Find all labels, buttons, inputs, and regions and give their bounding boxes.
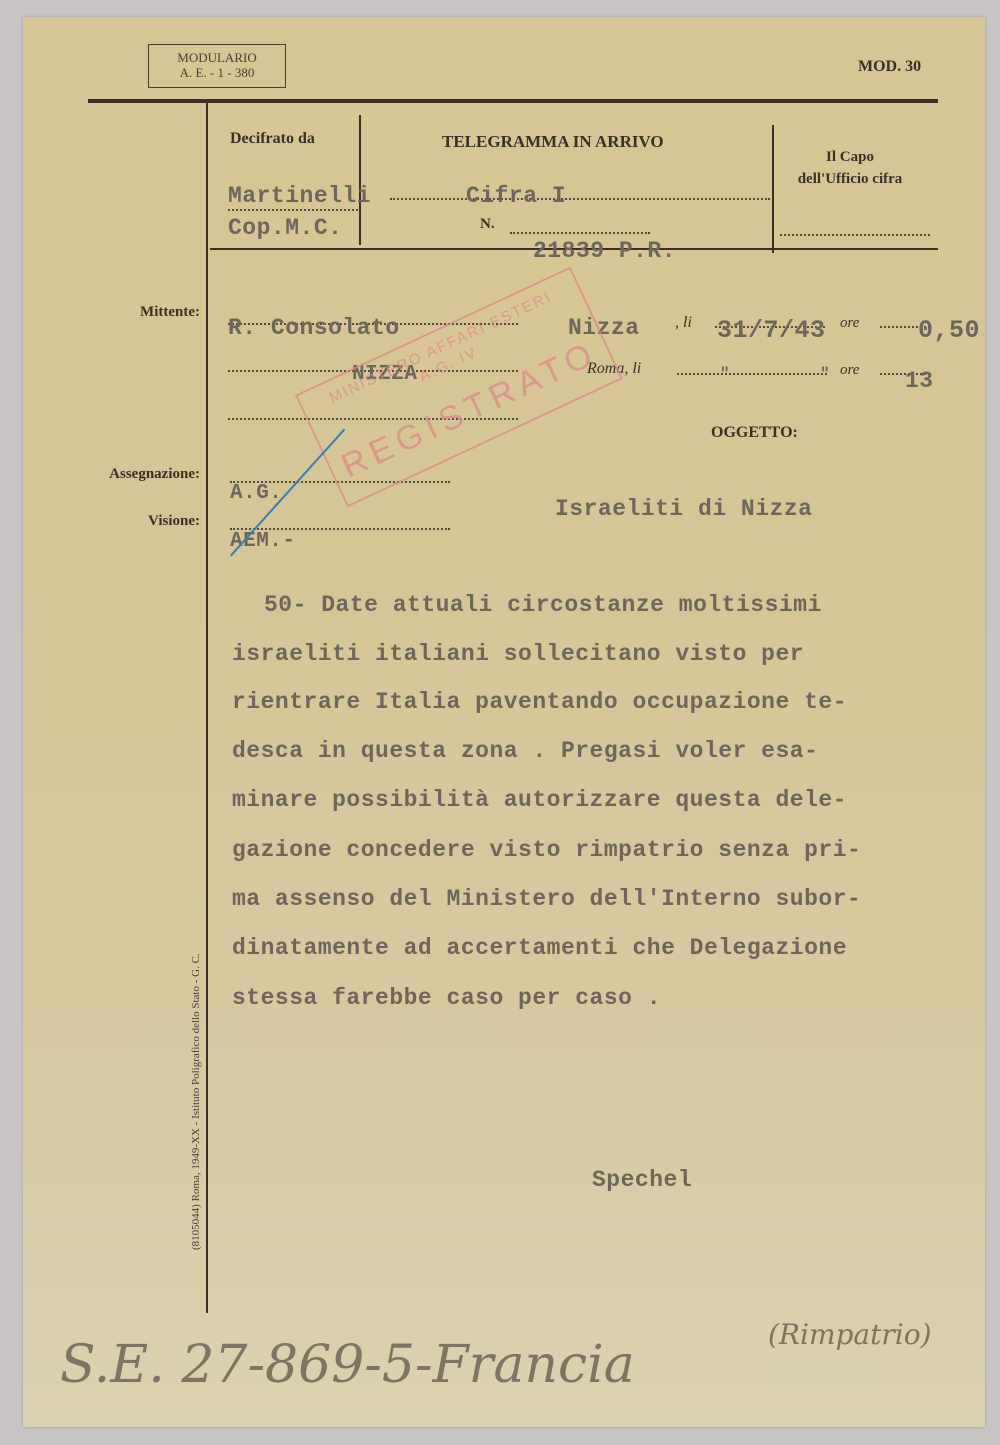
capo-ufficio-cifra: Il Capo dell'Ufficio cifra	[780, 146, 920, 190]
left-margin-rule	[206, 103, 208, 1313]
modulario-box: MODULARIO A. E. - 1 - 380	[148, 44, 286, 88]
roma-time: 13	[905, 368, 934, 394]
handwritten-note: (Rimpatrio)	[768, 1318, 932, 1351]
decifrato-label: Decifrato da	[230, 130, 315, 148]
decifrato-line	[228, 209, 358, 211]
roma-date-ditto: "	[720, 365, 730, 383]
body-line-5: minare possibilità autorizzare questa de…	[232, 787, 847, 813]
signature: Spechel	[592, 1167, 692, 1193]
printer-imprint: (8105044) Roma, 1949-XX - Istituto Polig…	[190, 953, 202, 1250]
ore-label: ore	[840, 315, 859, 332]
handwritten-archive-reference: S.E. 27-869-5-Francia	[60, 1335, 635, 1395]
visione-value: AEM.-	[230, 530, 296, 553]
number-line	[510, 232, 650, 234]
mod-number: MOD. 30	[858, 58, 921, 76]
assegnazione-value: A.G.	[230, 482, 282, 505]
modulario-line1: MODULARIO	[149, 50, 285, 65]
decifrato-copy: Cop.M.C.	[228, 215, 342, 241]
roma-date-line	[677, 373, 827, 375]
mittente-label: Mittente:	[80, 304, 200, 321]
mittente-line1: R. Consolato	[228, 315, 400, 341]
telegram-document	[23, 17, 985, 1427]
roma-date-ditto-2: "	[820, 365, 830, 383]
origin-time: 0,50	[918, 316, 980, 345]
visione-label: Visione:	[60, 513, 200, 530]
cifra-line	[390, 198, 770, 200]
body-line-6: gazione concedere visto rimpatrio senza …	[232, 837, 861, 863]
oggetto-label: OGGETTO:	[711, 424, 798, 442]
li-label: , li	[675, 314, 692, 332]
body-line-1: 50- Date attuali circostanze moltissimi	[264, 592, 822, 618]
assegnazione-label: Assegnazione:	[60, 466, 200, 483]
n-label: N.	[480, 216, 495, 233]
body-line-7: ma assenso del Ministero dell'Interno su…	[232, 886, 861, 912]
oggetto-value: Israeliti di Nizza	[555, 496, 812, 522]
body-line-9: stessa farebbe caso per caso .	[232, 985, 661, 1011]
body-line-3: rientrare Italia paventando occupazione …	[232, 689, 847, 715]
body-line-8: dinatamente ad accertamenti che Delegazi…	[232, 935, 847, 961]
origin-date: 31/7/43	[717, 316, 826, 345]
decifrato-name: Martinelli	[228, 183, 371, 209]
body-line-2: israeliti italiani sollecitano visto per	[232, 641, 804, 667]
telegram-title: TELEGRAMMA IN ARRIVO	[442, 132, 664, 152]
telegram-number: 21839 P.R.	[533, 238, 676, 264]
modulario-line2: A. E. - 1 - 380	[149, 65, 285, 80]
header-divider-1	[359, 115, 361, 245]
header-divider-2	[772, 125, 774, 253]
roma-ore-label: ore	[840, 362, 859, 379]
body-line-4: desca in questa zona . Pregasi voler esa…	[232, 738, 818, 764]
cifra-value: Cifra I	[466, 183, 566, 209]
capo-signature-line	[780, 234, 930, 236]
top-rule	[88, 99, 938, 103]
